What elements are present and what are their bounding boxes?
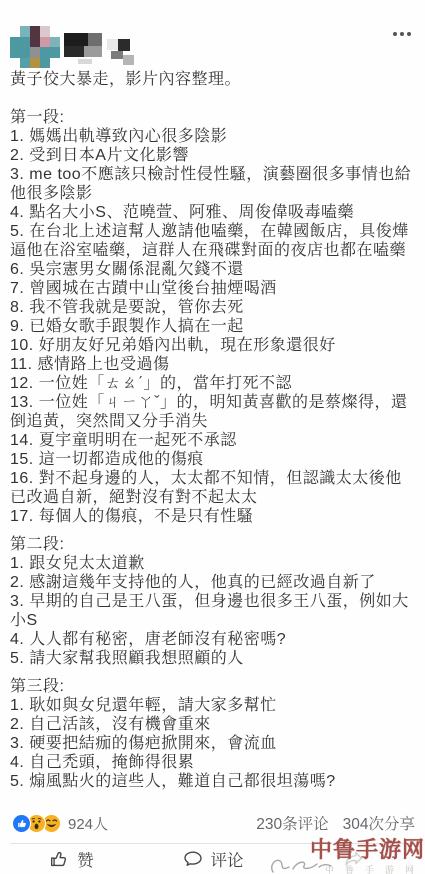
list-item: 15. 這一切都造成他的傷痕 <box>10 450 417 469</box>
list-item: 10. 好朋友好兄弟婚內出軌，現在形象還很好 <box>10 336 417 355</box>
post-card: 黃子佼大暴走，影片內容整理。 第一段: 1. 媽媽出軌導致內心很多陰影2. 受到… <box>0 0 425 874</box>
ellipsis-icon <box>407 32 411 36</box>
list-item: 1. 耿如與女兒還年輕，請大家多幫忙 <box>10 696 417 715</box>
list-item: 13. 一位姓「ㄐㄧㄚˇ」的，明知黃喜歡的是蔡燦得，還倒追黃，突然間又分手消失 <box>10 393 417 431</box>
shares-count[interactable]: 304次分享 <box>343 816 415 833</box>
list-item: 11. 感情路上也受過傷 <box>10 355 417 374</box>
list-item: 8. 我不管我就是要說，管你去死 <box>10 298 417 317</box>
list-item: 16. 對不起身邊的人，太太都不知情，但認識太太後他已改過自新，絕對沒有對不起太… <box>10 469 417 507</box>
section-items: 1. 耿如與女兒還年輕，請大家多幫忙2. 自己活該，沒有機會重來3. 硬要把結痂… <box>10 696 417 791</box>
comment-button[interactable]: 评论 <box>142 847 284 871</box>
list-item: 5. 在台北上述這幫人邀請他嗑藥，在韓國飯店，具俊燁逼他在浴室嗑藥，這群人在飛碟… <box>10 222 417 260</box>
post-header <box>0 0 425 70</box>
list-item: 4. 人人都有秘密，唐老師沒有秘密嗎? <box>10 630 417 649</box>
list-item: 6. 吳宗憲男女關係混亂欠錢不還 <box>10 260 417 279</box>
list-item: 3. me too不應該只檢討性侵性騷，演藝圈很多事情也給他很多陰影 <box>10 165 417 203</box>
section-items: 1. 跟女兒太太道歉2. 感謝這幾年支持他的人，他真的已經改過自新了3. 早期的… <box>10 554 417 668</box>
list-item: 1. 跟女兒太太道歉 <box>10 554 417 573</box>
list-item: 4. 自己禿頭，掩飾得很累 <box>10 753 417 772</box>
like-label: 赞 <box>77 847 94 871</box>
post-section-3: 第三段: 1. 耿如與女兒還年輕，請大家多幫忙2. 自己活該，沒有機會重來3. … <box>10 677 417 791</box>
list-item: 5. 煽風點火的這些人，難道自己都很坦蕩嗎? <box>10 772 417 791</box>
section-heading: 第一段: <box>10 108 417 127</box>
list-item: 17. 每個人的傷痕，不是只有性騷 <box>10 507 417 526</box>
thumb-up-blue-icon <box>12 814 31 833</box>
list-item: 2. 感謝這幾年支持他的人，他真的已經改過自新了 <box>10 573 417 592</box>
post-body: 黃子佼大暴走，影片內容整理。 第一段: 1. 媽媽出軌導致內心很多陰影2. 受到… <box>10 70 417 791</box>
post-section-2: 第二段: 1. 跟女兒太太道歉2. 感謝這幾年支持他的人，他真的已經改過自新了3… <box>10 535 417 668</box>
list-item: 3. 早期的自己是王八蛋，但身邊也很多王八蛋，例如大小S <box>10 592 417 630</box>
list-item: 9. 已婚女歌手跟製作人搞在一起 <box>10 317 417 336</box>
list-item: 3. 硬要把結痂的傷疤掀開來，會流血 <box>10 734 417 753</box>
speech-bubble-icon <box>182 848 204 870</box>
list-item: 12. 一位姓「ㄊㄠˊ」的，當年打死不認 <box>10 374 417 393</box>
thumb-up-outline-icon <box>48 848 70 870</box>
more-options-button[interactable] <box>391 28 413 40</box>
list-item: 14. 夏宇童明明在一起死不承認 <box>10 431 417 450</box>
stats-row: 924人 230条评论304次分享 <box>12 810 415 836</box>
list-item: 1. 媽媽出軌導致內心很多陰影 <box>10 127 417 146</box>
stats-right: 230条评论304次分享 <box>242 812 415 834</box>
comments-count[interactable]: 230条评论 <box>256 816 328 833</box>
list-item: 2. 受到日本A片文化影響 <box>10 146 417 165</box>
post-title: 黃子佼大暴走，影片內容整理。 <box>10 70 417 89</box>
action-bar: 赞 评论 <box>0 844 425 874</box>
list-item: 4. 點名大小S、范曉萱、阿雅、周俊偉吸毒嗑藥 <box>10 203 417 222</box>
list-item: 5. 請大家幫我照顧我想照顧的人 <box>10 649 417 668</box>
section-heading: 第三段: <box>10 677 417 696</box>
post-section-1: 第一段: 1. 媽媽出軌導致內心很多陰影2. 受到日本A片文化影響3. me t… <box>10 108 417 526</box>
section-heading: 第二段: <box>10 535 417 554</box>
reactions-summary[interactable]: 924人 <box>12 813 108 834</box>
share-button[interactable] <box>283 848 425 870</box>
username-redacted[interactable] <box>64 33 144 63</box>
section-items: 1. 媽媽出軌導致內心很多陰影2. 受到日本A片文化影響3. me too不應該… <box>10 127 417 526</box>
list-item: 2. 自己活該，沒有機會重來 <box>10 715 417 734</box>
share-arrow-icon <box>343 848 365 870</box>
ellipsis-icon <box>393 32 397 36</box>
reactions-count: 924人 <box>68 813 108 834</box>
like-button[interactable]: 赞 <box>0 847 142 871</box>
list-item: 7. 曾國城在古蹟中山堂後台抽煙喝酒 <box>10 279 417 298</box>
ellipsis-icon <box>400 32 404 36</box>
avatar[interactable] <box>10 26 60 68</box>
comment-label: 评论 <box>211 847 244 871</box>
